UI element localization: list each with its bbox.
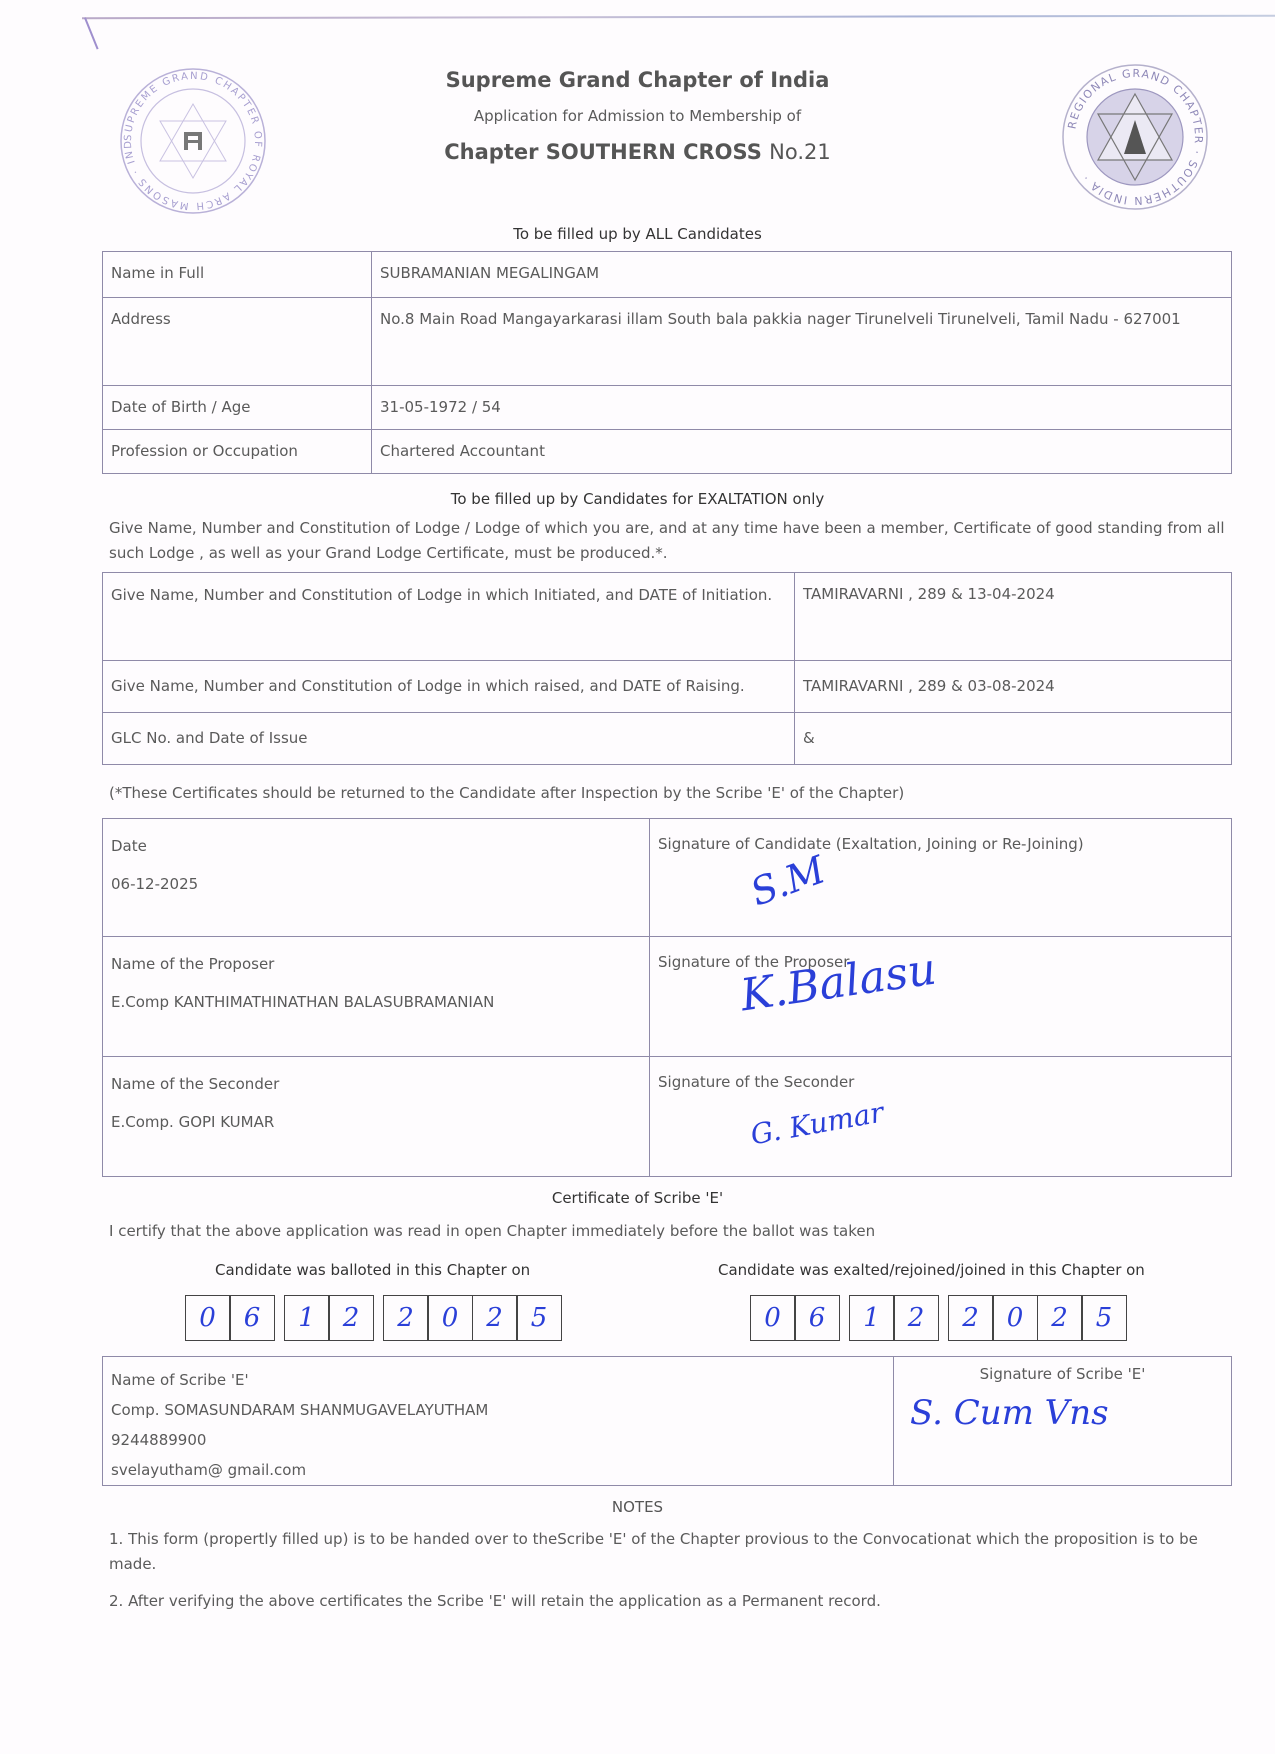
scribe-certify-statement: I certify that the above application was… [109, 1219, 1229, 1244]
scribe-details-cell: Name of Scribe 'E' Comp. SOMASUNDARAM SH… [103, 1357, 894, 1486]
lodge-details-table: Give Name, Number and Constitution of Lo… [102, 572, 1232, 765]
occupation-field[interactable]: Chartered Accountant [372, 430, 1232, 474]
candidate-signature-cell[interactable]: Signature of Candidate (Exaltation, Join… [650, 819, 1232, 937]
dob-label: Date of Birth / Age [103, 386, 372, 430]
exalted-year-1[interactable]: 2 [948, 1295, 994, 1341]
balloted-year-2[interactable]: 0 [427, 1295, 473, 1341]
note-2: 2. After verifying the above certificate… [109, 1589, 1229, 1614]
table-row: Give Name, Number and Constitution of Lo… [103, 661, 1232, 713]
seconder-cell: Name of the Seconder E.Comp. GOPI KUMAR [103, 1057, 650, 1177]
scribe-signature-cell[interactable]: Signature of Scribe 'E' S. Cum Vns [894, 1357, 1232, 1486]
scribe-certificate-heading: Certificate of Scribe 'E' [0, 1189, 1275, 1207]
chapter-title: Chapter SOUTHERN CROSS No.21 [0, 140, 1275, 164]
name-label: Name in Full [103, 252, 372, 298]
chapter-name: Chapter SOUTHERN CROSS [444, 140, 762, 164]
balloted-year-4[interactable]: 5 [516, 1295, 562, 1341]
seconder-signature-cell[interactable]: Signature of the Seconder G. Kumar [650, 1057, 1232, 1177]
note-1: 1. This form (propertly filled up) is to… [109, 1527, 1229, 1577]
raising-field[interactable]: TAMIRAVARNI , 289 & 03-08-2024 [795, 661, 1232, 713]
notes-heading: NOTES [0, 1498, 1275, 1516]
raising-label: Give Name, Number and Constitution of Lo… [103, 661, 795, 713]
date-label: Date [111, 837, 641, 855]
seconder-signature-label: Signature of the Seconder [658, 1073, 1223, 1091]
exalted-month-2[interactable]: 2 [893, 1295, 939, 1341]
exalted-day-1[interactable]: 0 [750, 1295, 796, 1341]
exalted-day-2[interactable]: 6 [794, 1295, 840, 1341]
address-label: Address [103, 298, 372, 386]
section-exaltation-heading: To be filled up by Candidates for EXALTA… [0, 490, 1275, 508]
table-row: GLC No. and Date of Issue & [103, 713, 1232, 765]
table-row: Date 06-12-2025 Signature of Candidate (… [103, 819, 1232, 937]
initiation-field[interactable]: TAMIRAVARNI , 289 & 13-04-2024 [795, 573, 1232, 661]
table-row: Name of Scribe 'E' Comp. SOMASUNDARAM SH… [103, 1357, 1232, 1486]
candidate-signature-label: Signature of Candidate (Exaltation, Join… [658, 835, 1223, 853]
exalted-year-2[interactable]: 0 [992, 1295, 1038, 1341]
table-row: Date of Birth / Age 31-05-1972 / 54 [103, 386, 1232, 430]
scribe-phone-field[interactable]: 9244889900 [111, 1425, 885, 1455]
table-row: Name of the Seconder E.Comp. GOPI KUMAR … [103, 1057, 1232, 1177]
table-row: Name in Full SUBRAMANIAN MEGALINGAM [103, 252, 1232, 298]
occupation-label: Profession or Occupation [103, 430, 372, 474]
glc-label: GLC No. and Date of Issue [103, 713, 795, 765]
address-field[interactable]: No.8 Main Road Mangayarkarasi illam Sout… [372, 298, 1232, 386]
name-field[interactable]: SUBRAMANIAN MEGALINGAM [372, 252, 1232, 298]
balloted-month-2[interactable]: 2 [328, 1295, 374, 1341]
scribe-signature-label: Signature of Scribe 'E' [902, 1365, 1223, 1383]
balloted-year-3[interactable]: 2 [472, 1295, 518, 1341]
date-cell: Date 06-12-2025 [103, 819, 650, 937]
scribe-signature: S. Cum Vns [910, 1393, 1109, 1433]
scan-edge [82, 15, 1275, 19]
proposer-cell: Name of the Proposer E.Comp KANTHIMATHIN… [103, 937, 650, 1057]
table-row: Give Name, Number and Constitution of Lo… [103, 573, 1232, 661]
scribe-name-label: Name of Scribe 'E' [111, 1365, 885, 1395]
table-row: Name of the Proposer E.Comp KANTHIMATHIN… [103, 937, 1232, 1057]
balloted-month-1[interactable]: 1 [284, 1295, 330, 1341]
scribe-details-table: Name of Scribe 'E' Comp. SOMASUNDARAM SH… [102, 1356, 1232, 1486]
exaltation-instructions: Give Name, Number and Constitution of Lo… [109, 516, 1229, 566]
table-row: Profession or Occupation Chartered Accou… [103, 430, 1232, 474]
seconder-name-field[interactable]: E.Comp. GOPI KUMAR [111, 1113, 641, 1131]
section-all-heading: To be filled up by ALL Candidates [0, 225, 1275, 243]
organization-title: Supreme Grand Chapter of India [0, 68, 1275, 92]
scribe-name-field[interactable]: Comp. SOMASUNDARAM SHANMUGAVELAYUTHAM [111, 1395, 885, 1425]
proposer-signature-label: Signature of the Proposer [658, 953, 1223, 971]
exalted-year-4[interactable]: 5 [1081, 1295, 1127, 1341]
form-subtitle: Application for Admission to Membership … [0, 107, 1275, 125]
seconder-label: Name of the Seconder [111, 1075, 641, 1093]
glc-field[interactable]: & [795, 713, 1232, 765]
balloted-day-1[interactable]: 0 [185, 1295, 231, 1341]
balloted-day-2[interactable]: 6 [229, 1295, 275, 1341]
date-field[interactable]: 06-12-2025 [111, 875, 641, 893]
scribe-email-field[interactable]: svelayutham@ gmail.com [111, 1455, 885, 1485]
chapter-number: No.21 [769, 140, 831, 164]
proposer-name-field[interactable]: E.Comp KANTHIMATHINATHAN BALASUBRAMANIAN [111, 993, 641, 1011]
candidate-details-table: Name in Full SUBRAMANIAN MEGALINGAM Addr… [102, 251, 1232, 474]
scan-corner-mark [84, 17, 99, 49]
signatures-table: Date 06-12-2025 Signature of Candidate (… [102, 818, 1232, 1177]
certificates-footnote: (*These Certificates should be returned … [109, 781, 1229, 806]
dob-field[interactable]: 31-05-1972 / 54 [372, 386, 1232, 430]
table-row: Address No.8 Main Road Mangayarkarasi il… [103, 298, 1232, 386]
balloted-date-boxes: 06 12 2025 [186, 1295, 562, 1341]
proposer-label: Name of the Proposer [111, 955, 641, 973]
exalted-date-boxes: 06 12 2025 [751, 1295, 1127, 1341]
initiation-label: Give Name, Number and Constitution of Lo… [103, 573, 795, 661]
seconder-signature: G. Kumar [748, 1096, 886, 1152]
proposer-signature-cell[interactable]: Signature of the Proposer K.Balasu [650, 937, 1232, 1057]
exalted-year-3[interactable]: 2 [1037, 1295, 1083, 1341]
balloted-label: Candidate was balloted in this Chapter o… [215, 1261, 530, 1279]
exalted-month-1[interactable]: 1 [849, 1295, 895, 1341]
candidate-signature: S.M [745, 847, 831, 914]
exalted-label: Candidate was exalted/rejoined/joined in… [718, 1261, 1145, 1279]
balloted-year-1[interactable]: 2 [383, 1295, 429, 1341]
